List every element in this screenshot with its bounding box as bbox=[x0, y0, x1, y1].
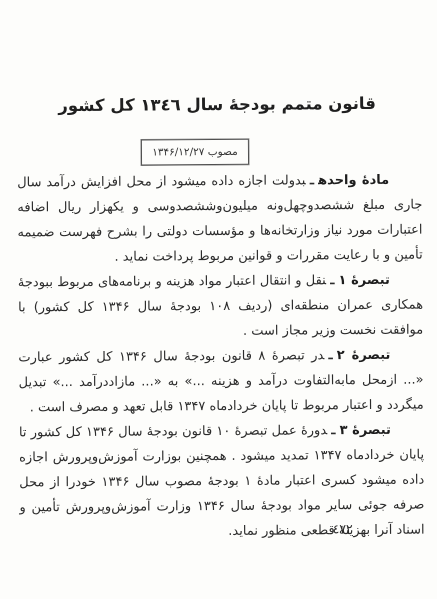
note-3-paragraph: تبصرهٔ ۳ـدورهٔ عمل تبصرهٔ ۱۰ قانون بودجه… bbox=[19, 418, 425, 546]
article-single-lead: مادهٔ واحده bbox=[318, 173, 389, 188]
note-2-lead: تبصرهٔ ۲ bbox=[337, 348, 391, 363]
page-number: ٤٧٢ bbox=[333, 521, 353, 536]
note-2-paragraph: تبصرهٔ ۲ـدر تبصرهٔ ۸ قانون بودجهٔ سال ۱۳… bbox=[18, 343, 424, 421]
note-1-paragraph: تبصرهٔ ۱ـنقل و انتقال اعتبار مواد هزینه … bbox=[18, 268, 424, 346]
scanned-document-page: قانون متمم بودجهٔ سال ۱۳٤٦ کل کشور مصوب … bbox=[0, 0, 437, 599]
dash-separator: ـ bbox=[306, 173, 319, 188]
article-single-paragraph: مادهٔ واحدهـبدولت اجازه داده میشود از مح… bbox=[17, 168, 423, 271]
document-title: قانون متمم بودجهٔ سال ۱۳٤٦ کل کشور bbox=[0, 93, 436, 115]
dash-separator: ـ bbox=[324, 348, 337, 363]
note-3-text: دورهٔ عمل تبصرهٔ ۱۰ قانون بودجهٔ سال ۱۳۴… bbox=[19, 423, 425, 539]
dash-separator: ـ bbox=[327, 423, 340, 438]
page-content: قانون متمم بودجهٔ سال ۱۳٤٦ کل کشور مصوب … bbox=[0, 0, 437, 599]
approval-stamp-box: مصوب ۱۳۴۶/۱۲/۲۷ bbox=[141, 139, 249, 166]
dash-separator: ـ bbox=[326, 273, 339, 288]
note-1-lead: تبصرهٔ ۱ bbox=[338, 273, 389, 288]
approval-date: مصوب ۱۳۴۶/۱۲/۲۷ bbox=[152, 146, 238, 159]
document-body: مادهٔ واحدهـبدولت اجازه داده میشود از مح… bbox=[17, 168, 425, 546]
note-3-lead: تبصرهٔ ۳ bbox=[340, 423, 391, 438]
